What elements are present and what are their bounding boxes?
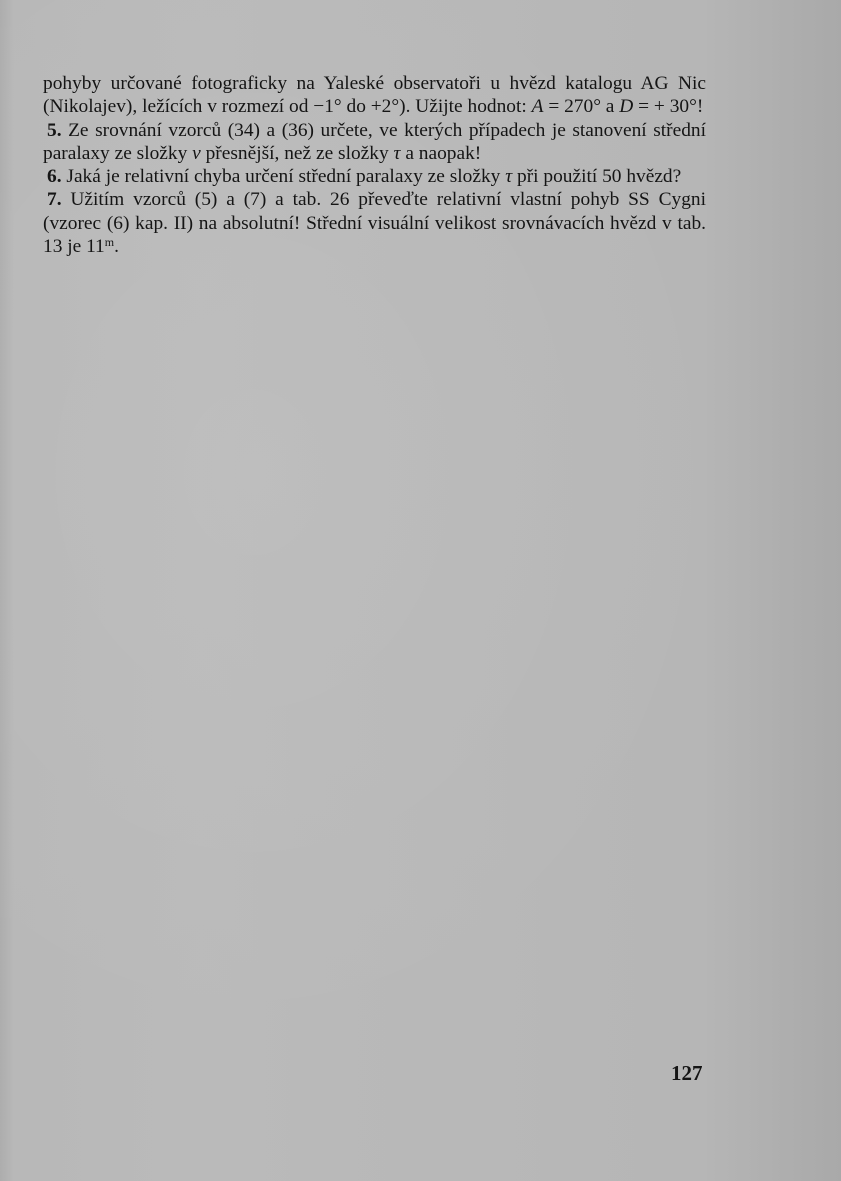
exercise-number: 5. bbox=[47, 120, 62, 141]
continued-paragraph: pohyby určované fotograficky na Yaleské … bbox=[43, 72, 706, 119]
exercise-7: 7. Užitím vzorců (5) a (7) a tab. 26 pře… bbox=[43, 188, 706, 258]
exercise-number: 6. bbox=[47, 166, 62, 187]
page-body-text: pohyby určované fotograficky na Yaleské … bbox=[43, 72, 706, 258]
exercise-number: 7. bbox=[47, 189, 62, 210]
book-page: pohyby určované fotograficky na Yaleské … bbox=[0, 0, 841, 1181]
page-number: 127 bbox=[671, 1061, 703, 1086]
exercise-6: 6. Jaká je relativní chyba určení středn… bbox=[43, 165, 706, 188]
exercise-5: 5. Ze srovnání vzorců (34) a (36) určete… bbox=[43, 119, 706, 166]
